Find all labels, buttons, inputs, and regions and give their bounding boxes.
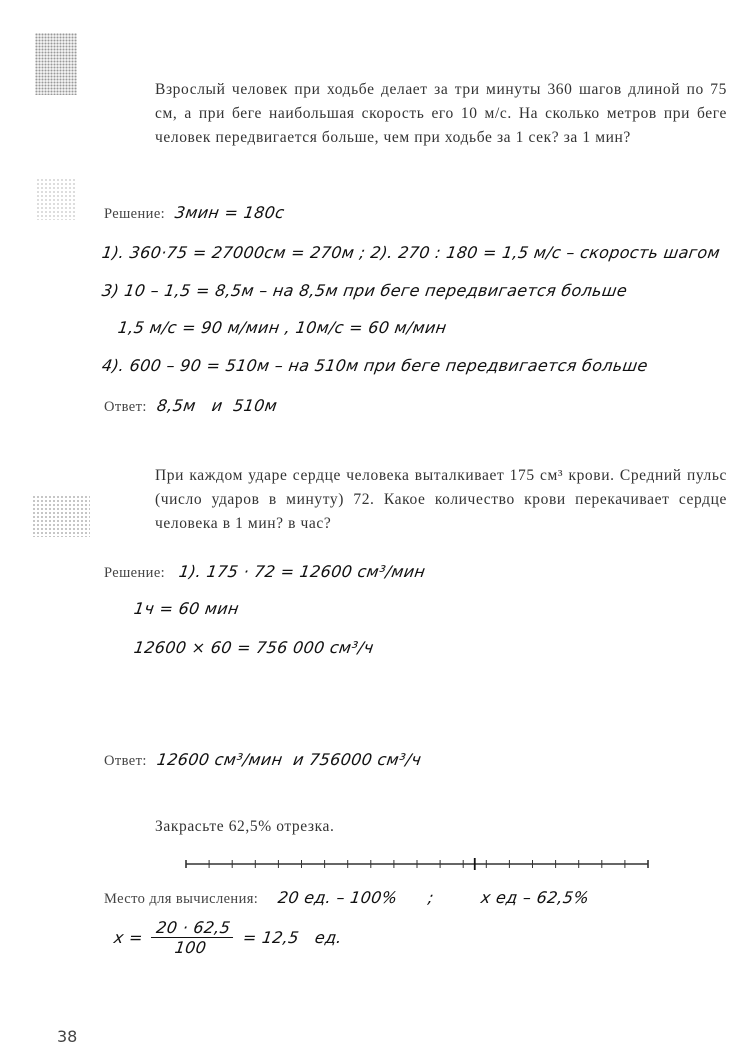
problem1-line-4: 4). 600 – 90 = 510м – на 510м при беге п… [101, 356, 649, 375]
problem1-line-3: 1,5 м/с = 90 м/мин , 10м/с = 60 м/мин [117, 318, 448, 337]
solution-label: Решение: [104, 206, 165, 222]
problem3-formula: x = 20 · 62,5 100 = 12,5 ед. [114, 918, 342, 957]
calc-proportion-b: х ед – 62,5% [480, 888, 591, 907]
problem1-marker-illustration [36, 178, 76, 220]
answer-handwriting: 12600 см³/мин и 756000 см³/ч [155, 750, 422, 769]
problem1-solution-header: Решение: 3мин = 180с [104, 203, 284, 223]
formula-result: = 12,5 ед. [241, 928, 343, 947]
page-number: 38 [57, 1027, 77, 1046]
calc-separator: ; [426, 888, 434, 907]
problem2-illustration [32, 495, 90, 537]
problem1-line-2: 3) 10 – 1,5 = 8,5м – на 8,5м при беге пе… [101, 281, 629, 300]
problem1-line-1: 1). 360·75 = 27000см = 270м ; 2). 270 : … [101, 243, 722, 262]
formula-fraction: 20 · 62,5 100 [148, 918, 235, 957]
calc-label: Место для вычисления: [104, 891, 258, 907]
solution-handwriting: 3мин = 180с [174, 203, 286, 222]
problem2-answer: Ответ: 12600 см³/мин и 756000 см³/ч [104, 750, 421, 770]
segment-line [185, 858, 649, 870]
calc-proportion-a: 20 ед. – 100% [277, 888, 399, 907]
problem2-line-2: 12600 × 60 = 756 000 см³/ч [133, 638, 375, 657]
fraction-numerator: 20 · 62,5 [151, 918, 236, 938]
formula-x: x = [113, 928, 145, 947]
problem3-calc: Место для вычисления: 20 ед. – 100% ; х … [104, 888, 589, 908]
fraction-denominator: 100 [148, 938, 233, 957]
answer-handwriting: 8,5м и 510м [155, 396, 278, 415]
solution-label: Решение: [104, 565, 165, 581]
problem1-illustration [35, 33, 77, 95]
problem2-text: При каждом ударе сердце человека выталки… [155, 464, 727, 536]
answer-label: Ответ: [104, 753, 147, 769]
solution-handwriting: 1). 175 · 72 = 12600 см³/мин [178, 562, 427, 581]
problem2-line-1: 1ч = 60 мин [133, 599, 241, 618]
problem1-text: Взрослый человек при ходьбе делает за тр… [155, 78, 727, 150]
problem3-text: Закрасьте 62,5% отрезка. [155, 815, 335, 839]
problem2-solution-header: Решение: 1). 175 · 72 = 12600 см³/мин [104, 562, 425, 582]
problem1-answer: Ответ: 8,5м и 510м [104, 396, 277, 416]
answer-label: Ответ: [104, 399, 147, 415]
